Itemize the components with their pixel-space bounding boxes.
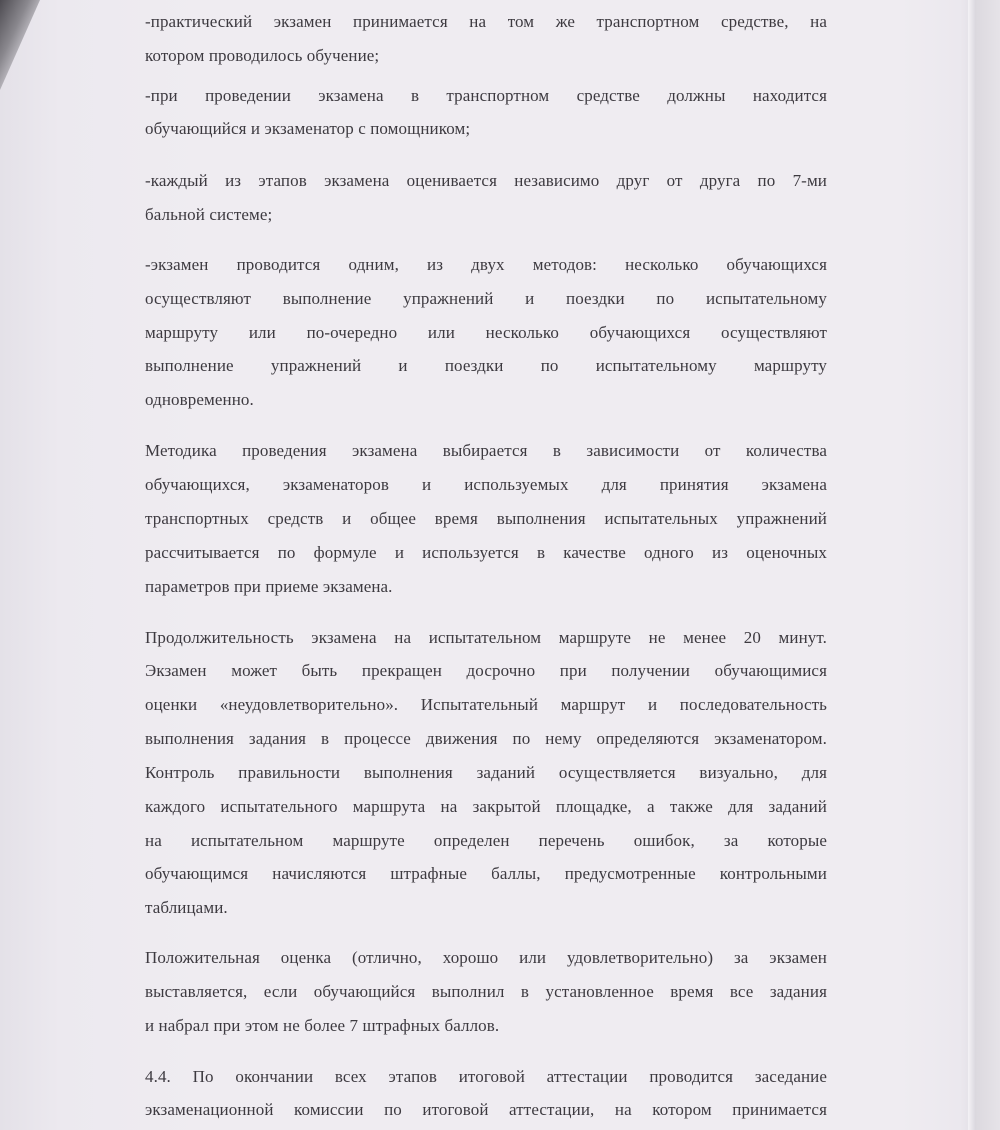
page-edge <box>968 0 976 1130</box>
text-line: экзаменационной комиссии по итоговой атт… <box>145 1099 827 1121</box>
text-line: и набрал при этом не более 7 штрафных ба… <box>145 1015 827 1037</box>
text-line: -при проведении экзамена в транспортном … <box>145 85 827 107</box>
text-line: Методика проведения экзамена выбирается … <box>145 440 827 462</box>
text-line: маршруту или по-очередно или несколько о… <box>145 322 827 344</box>
text-line: 4.4. По окончании всех этапов итоговой а… <box>145 1066 827 1088</box>
text-line: выполнения задания в процессе движения п… <box>145 728 827 750</box>
text-line: -практический экзамен принимается на том… <box>145 11 827 33</box>
text-line: выставляется, если обучающийся выполнил … <box>145 981 827 1003</box>
text-line: выполнение упражнений и поездки по испыт… <box>145 355 827 377</box>
text-line: обучающихся, экзаменаторов и используемы… <box>145 474 827 496</box>
text-line: -экзамен проводится одним, из двух метод… <box>145 254 827 276</box>
text-line: одновременно. <box>145 389 827 411</box>
scan-background <box>976 0 1000 1130</box>
text-line: таблицами. <box>145 897 827 919</box>
text-line: рассчитывается по формуле и используется… <box>145 542 827 564</box>
text-line: котором проводилось обучение; <box>145 45 827 67</box>
text-line: Экзамен может быть прекращен досрочно пр… <box>145 660 827 682</box>
text-line: осуществляют выполнение упражнений и пое… <box>145 288 827 310</box>
text-line: транспортных средств и общее время выпол… <box>145 508 827 530</box>
text-line: на испытательном маршруте определен пере… <box>145 830 827 852</box>
text-line: бальной системе; <box>145 204 827 226</box>
text-line: -каждый из этапов экзамена оценивается н… <box>145 170 827 192</box>
text-line: обучающийся и экзаменатор с помощником; <box>145 118 827 140</box>
text-line: каждого испытательного маршрута на закры… <box>145 796 827 818</box>
text-line: Продолжительность экзамена на испытатель… <box>145 627 827 649</box>
text-line: обучающимся начисляются штрафные баллы, … <box>145 863 827 885</box>
text-line: Контроль правильности выполнения заданий… <box>145 762 827 784</box>
text-line: Положительная оценка (отлично, хорошо ил… <box>145 947 827 969</box>
text-line: параметров при приеме экзамена. <box>145 576 827 598</box>
text-line: оценки «неудовлетворительно». Испытатель… <box>145 694 827 716</box>
